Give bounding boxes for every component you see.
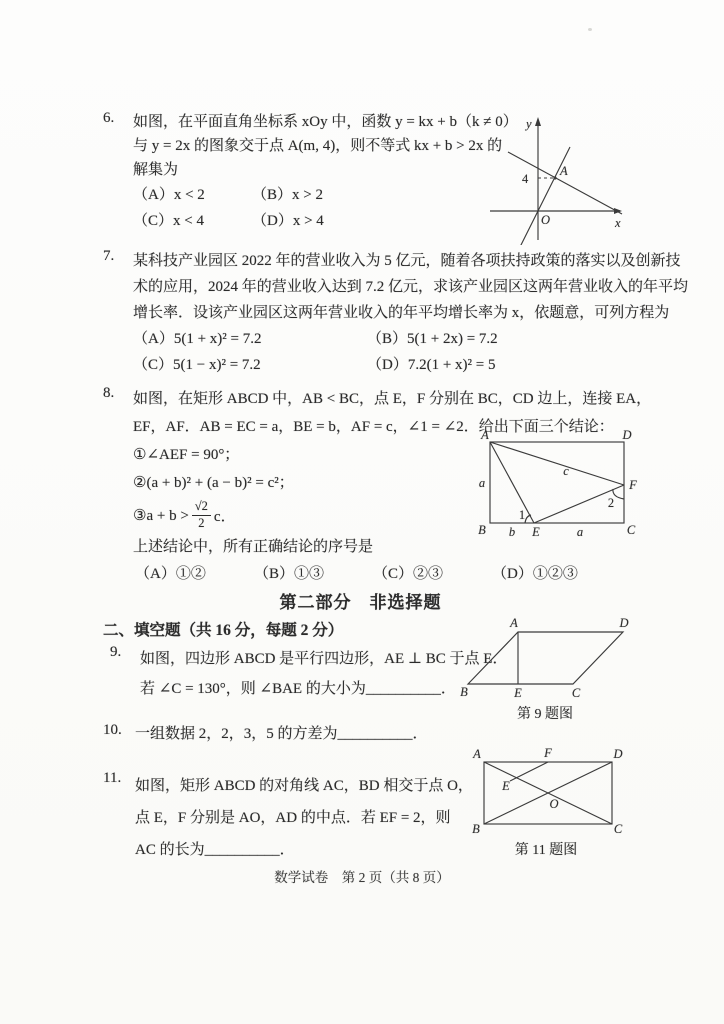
question-7-number: 7. — [103, 248, 133, 265]
question-7-options-row-2: （C）5(1 − x)² = 7.2 （D）7.2(1 + x)² = 5 — [133, 352, 623, 378]
question-6-line: 如图，在平面直角坐标系 xOy 中，函数 y = kx + b（k ≠ 0） — [133, 110, 518, 134]
question-8-options-row: （A）①② （B）①③ （C）②③ （D）①②③ — [135, 561, 623, 587]
label-F: F — [628, 478, 637, 492]
question-7-option-d: （D）7.2(1 + x)² = 5 — [367, 352, 597, 378]
question-6-option-d: （D）x > 4 — [252, 208, 367, 234]
question-7-options-row-1: （A）5(1 + x)² = 7.2 （B）5(1 + 2x) = 7.2 — [133, 326, 623, 352]
question-6-option-a: （A）x < 2 — [133, 182, 248, 208]
label-angle-2: 2 — [608, 496, 614, 510]
question-11-line: AC 的长为__________． — [135, 834, 473, 866]
label-A: A — [509, 616, 518, 630]
label-angle-1: 1 — [519, 508, 525, 522]
label-C: C — [572, 686, 581, 700]
sqrt2-over-2-fraction: √2 2 — [192, 500, 211, 529]
question-7-option-c: （C）5(1 − x)² = 7.2 — [133, 352, 363, 378]
label-4: 4 — [522, 172, 529, 186]
label-c: c — [563, 464, 569, 478]
line-y-equals-2x — [520, 147, 570, 245]
label-F: F — [543, 746, 552, 760]
label-a-left: a — [479, 476, 485, 490]
question-7-option-a: （A）5(1 + x)² = 7.2 — [133, 326, 363, 352]
question-7-line: 增长率．设该产业园区这两年营业收入的年平均增长率为 x，依题意，可列方程为 — [133, 300, 688, 326]
fig-9-caption: 第 9 题图 — [456, 703, 634, 723]
label-D: D — [621, 428, 631, 442]
question-6-number: 6. — [103, 110, 133, 127]
exam-page: 6. 如图，在平面直角坐标系 xOy 中，函数 y = kx + b（k ≠ 0… — [0, 0, 724, 1024]
question-10-number: 10. — [103, 722, 135, 739]
question-11-line: 点 E，F 分别是 AO，AD 的中点．若 EF = 2，则 — [135, 802, 473, 834]
question-9-line: 如图，四边形 ABCD 是平行四边形，AE ⊥ BC 于点 E． — [140, 644, 507, 674]
scan-artifact — [588, 28, 592, 31]
parallelogram-ABCD — [468, 632, 623, 684]
label-B: B — [472, 822, 480, 836]
label-O: O — [549, 797, 558, 811]
y-axis-arrow — [535, 117, 541, 126]
question-6-line: 与 y = 2x 的图象交于点 A(m, 4)，则不等式 kx + b > 2x… — [133, 134, 518, 158]
label-D: D — [612, 747, 622, 761]
fig-11-rectangle-diagonals-diagram: A F D E O B C 第 11 题图 — [462, 746, 630, 859]
label-E: E — [501, 779, 510, 793]
angle-2-arc — [613, 489, 624, 499]
question-6: 6. 如图，在平面直角坐标系 xOy 中，函数 y = kx + b（k ≠ 0… — [103, 110, 503, 234]
question-7: 7. 某科技产业园区 2022 年的营业收入为 5 亿元，随着各项扶持政策的落实… — [103, 248, 623, 378]
rectangle-ABCD — [490, 442, 624, 523]
segment-FE — [510, 762, 548, 781]
question-11: 11. 如图，矩形 ABCD 的对角线 AC，BD 相交于点 O， 点 E，F … — [103, 770, 473, 866]
question-8-option-a: （A）①② — [135, 561, 250, 587]
question-6-line: 解集为 — [133, 158, 518, 182]
label-E: E — [531, 525, 540, 539]
label-C: C — [627, 523, 636, 537]
fig-11-caption: 第 11 题图 — [462, 839, 630, 859]
question-11-number: 11. — [103, 770, 135, 787]
label-a-bottom: a — [577, 525, 583, 539]
fig-8-rectangle-diagram: A D B C a b E a F c 1 2 — [476, 428, 640, 542]
label-B: B — [460, 685, 468, 699]
question-8-option-d: （D）①②③ — [492, 561, 578, 587]
question-10-text: 一组数据 2，2，3，5 的方差为__________． — [135, 722, 523, 746]
point-A-dot — [553, 176, 556, 179]
label-C: C — [614, 822, 623, 836]
fig-9-parallelogram-diagram: A D B E C 第 9 题图 — [456, 616, 634, 723]
question-8-option-c: （C）②③ — [373, 561, 488, 587]
fig-6-coordinate-graph: y x O A 4 — [480, 110, 630, 245]
label-E: E — [513, 686, 522, 700]
question-9-number: 9. — [110, 644, 140, 661]
question-8-line: 如图，在矩形 ABCD 中，AB < BC，点 E，F 分别在 BC，CD 边上… — [133, 385, 651, 413]
label-A: A — [559, 164, 568, 178]
question-10: 10. 一组数据 2，2，3，5 的方差为__________． — [103, 722, 523, 746]
label-A: A — [472, 747, 481, 761]
label-B: B — [478, 523, 486, 537]
label-x: x — [614, 216, 621, 230]
label-y: y — [524, 117, 532, 131]
question-7-line: 某科技产业园区 2022 年的营业收入为 5 亿元，随着各项扶持政策的落实以及创… — [133, 248, 688, 274]
question-9: 9. 如图，四边形 ABCD 是平行四边形，AE ⊥ BC 于点 E． 若 ∠C… — [110, 644, 480, 704]
part-2-title: 第二部分 非选择题 — [103, 588, 618, 613]
fill-in-section-header: 二、填空题（共 16 分，每题 2 分） — [103, 618, 343, 640]
question-6-option-c: （C）x < 4 — [133, 208, 248, 234]
question-7-line: 术的应用，2024 年的营业收入达到 7.2 亿元，求该产业园区这两年营业收入的… — [133, 274, 688, 300]
question-6-options-row-1: （A）x < 2 （B）x > 2 — [133, 182, 503, 208]
question-9-line: 若 ∠C = 130°，则 ∠BAE 的大小为__________． — [140, 674, 507, 704]
question-8-option-b: （B）①③ — [254, 561, 369, 587]
label-O: O — [541, 213, 550, 227]
question-8-number: 8. — [103, 385, 133, 402]
conclusion-3-prefix: ③a + b > — [133, 506, 189, 525]
label-A: A — [480, 428, 489, 442]
question-6-options-row-2: （C）x < 4 （D）x > 4 — [133, 208, 503, 234]
label-D: D — [618, 616, 628, 630]
label-b: b — [509, 525, 515, 539]
fraction-numerator: √2 — [192, 500, 211, 515]
page-footer: 数学试卷 第 2 页（共 8 页） — [0, 866, 724, 886]
question-6-option-b: （B）x > 2 — [252, 182, 367, 208]
question-7-option-b: （B）5(1 + 2x) = 7.2 — [367, 326, 597, 352]
conclusion-3-suffix: c． — [214, 505, 236, 526]
question-11-line: 如图，矩形 ABCD 的对角线 AC，BD 相交于点 O， — [135, 770, 473, 802]
fraction-denominator: 2 — [198, 516, 204, 530]
